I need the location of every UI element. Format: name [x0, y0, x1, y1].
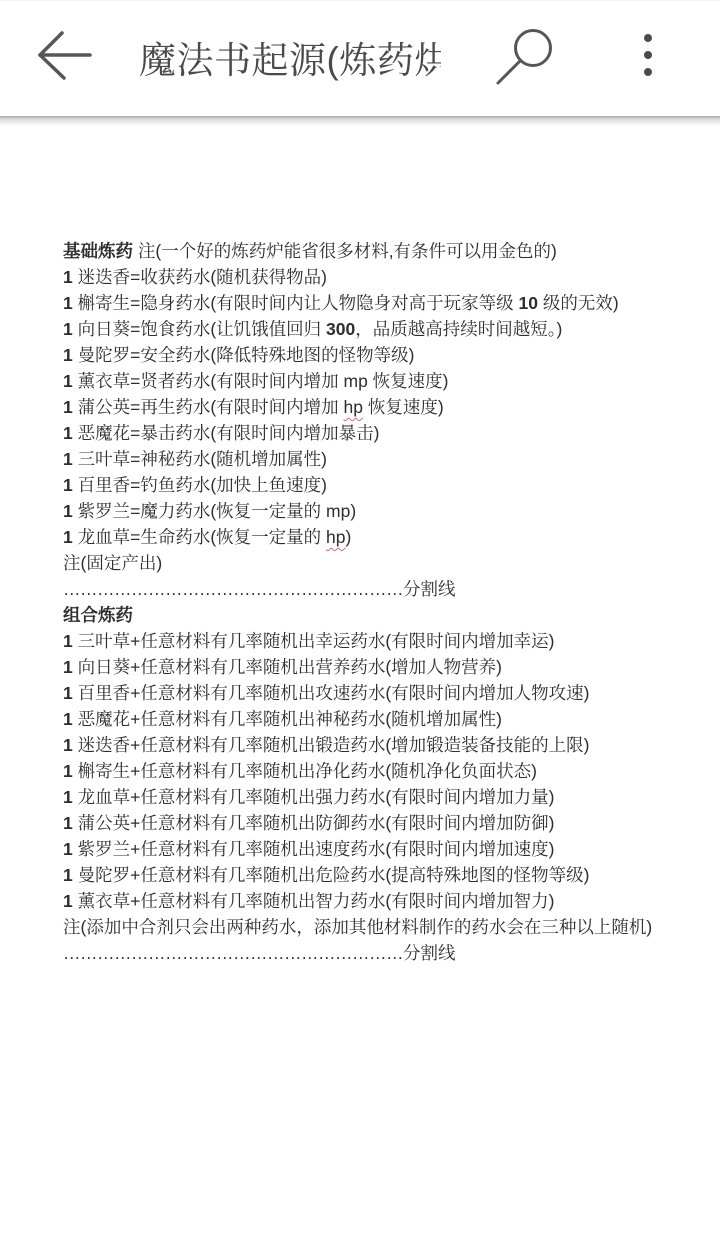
recipe-line: 1 薰衣草+任意材料有几率随机出智力药水(有限时间内增加智力) — [63, 888, 702, 914]
back-button[interactable] — [20, 17, 100, 93]
recipe-line: 1 向日葵+任意材料有几率随机出营养药水(增加人物营养) — [63, 654, 702, 680]
recipe-line: 1 紫罗兰=魔力药水(恢复一定量的 mp) — [63, 498, 702, 524]
recipe-line: 1 蒲公英=再生药水(有限时间内增加 hp 恢复速度) — [63, 394, 702, 420]
recipe-line: 1 迷迭香=收获药水(随机获得物品) — [63, 264, 702, 290]
recipe-line: 1 蒲公英+任意材料有几率随机出防御药水(有限时间内增加防御) — [63, 810, 702, 836]
search-button[interactable] — [478, 6, 566, 98]
note-body[interactable]: 基础炼药 注(一个好的炼药炉能省很多材料,有条件可以用金色的)1 迷迭香=收获药… — [0, 118, 720, 1238]
search-icon — [478, 6, 566, 98]
divider-dots: …………………………………………………… — [63, 579, 403, 599]
recipe-line: 1 百里香+任意材料有几率随机出攻速药水(有限时间内增加人物攻速) — [63, 680, 702, 706]
recipe-line: 1 槲寄生=隐身药水(有限时间内让人物隐身对高于玩家等级 10 级的无效) — [63, 290, 702, 316]
spellcheck-underline: hp — [326, 527, 345, 547]
recipe-line: 1 向日葵=饱食药水(让饥饿值回归 300，品质越高持续时间越短。) — [63, 316, 702, 342]
recipe-line: 1 三叶草=神秘药水(随机增加属性) — [63, 446, 702, 472]
recipe-line: 注(固定产出) — [63, 550, 702, 576]
recipe-line: 1 三叶草+任意材料有几率随机出幸运药水(有限时间内增加幸运) — [63, 628, 702, 654]
section-heading: 基础炼药 注(一个好的炼药炉能省很多材料,有条件可以用金色的) — [63, 238, 702, 264]
overflow-menu-button[interactable] — [620, 13, 678, 83]
recipe-line: 1 槲寄生+任意材料有几率随机出净化药水(随机净化负面状态) — [63, 758, 702, 784]
section-heading: 组合炼药 — [63, 602, 702, 628]
recipe-line: 1 曼陀罗+任意材料有几率随机出危险药水(提高特殊地图的怪物等级) — [63, 862, 702, 888]
app-bar: 魔法书起源(炼药烘 — [0, 0, 720, 118]
recipe-line: 1 迷迭香+任意材料有几率随机出锻造药水(增加锻造装备技能的上限) — [63, 732, 702, 758]
page-title: 魔法书起源(炼药烘 — [139, 0, 441, 114]
divider-dots: …………………………………………………… — [63, 943, 403, 963]
recipe-line: 1 薰衣草=贤者药水(有限时间内增加 mp 恢复速度) — [63, 368, 702, 394]
app-screen: 魔法书起源(炼药烘 基础炼药 注(一个好的炼药炉能省很多材料,有条件可以用金色的… — [0, 0, 720, 1238]
recipe-line: 1 曼陀罗=安全药水(降低特殊地图的怪物等级) — [63, 342, 702, 368]
spellcheck-underline: hp — [344, 397, 363, 417]
overflow-menu-icon — [620, 13, 678, 83]
recipe-line: 1 恶魔花+任意材料有几率随机出神秘药水(随机增加属性) — [63, 706, 702, 732]
divider-label: 分割线 — [403, 943, 456, 963]
back-arrow-icon — [20, 17, 100, 93]
recipe-line: 1 龙血草+任意材料有几率随机出强力药水(有限时间内增加力量) — [63, 784, 702, 810]
recipe-line: 1 百里香=钓鱼药水(加快上鱼速度) — [63, 472, 702, 498]
divider-line: ……………………………………………………分割线 — [63, 576, 702, 602]
divider-label: 分割线 — [403, 579, 456, 599]
recipe-line: 1 恶魔花=暴击药水(有限时间内增加暴击) — [63, 420, 702, 446]
recipe-line: 1 紫罗兰+任意材料有几率随机出速度药水(有限时间内增加速度) — [63, 836, 702, 862]
recipe-line: 1 龙血草=生命药水(恢复一定量的 hp) — [63, 524, 702, 550]
divider-line: ……………………………………………………分割线 — [63, 940, 702, 966]
recipe-line: 注(添加中合剂只会出两种药水，添加其他材料制作的药水会在三种以上随机) — [63, 914, 702, 940]
